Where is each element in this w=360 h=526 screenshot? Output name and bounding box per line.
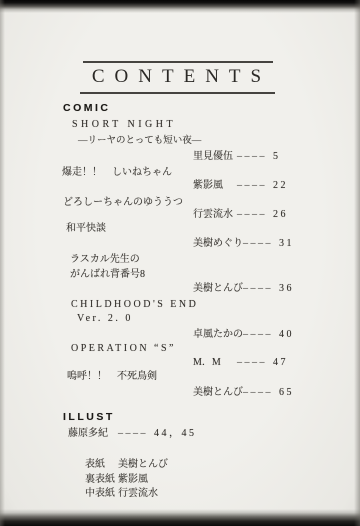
page-number: 26 (273, 210, 288, 220)
credit-cover: 表紙 美樹とんび (85, 460, 168, 470)
page-number: 44，45 (154, 429, 197, 439)
toc-author-row: 美樹めぐり –––– 31 (193, 239, 294, 249)
toc-author-row: 卓風たかの –––– 40 (193, 330, 294, 340)
author-name: 美樹めぐり (193, 239, 243, 249)
credit-label: 裏表紙 (85, 475, 118, 485)
dash-leader: –––– (237, 358, 267, 368)
dash-leader: –––– (243, 330, 273, 340)
credit-back-cover: 裏表紙 紫影風 (85, 475, 148, 485)
dash-leader: –––– (237, 152, 267, 162)
dash-leader: –––– (237, 181, 267, 191)
toc-author-row: 紫影風 –––– 22 (193, 181, 288, 191)
toc-title-dorothy: どろしーちゃんのゆううつ (63, 198, 183, 208)
dash-leader: –––– (243, 388, 273, 398)
author-name: 藤原多紀 (68, 429, 118, 439)
credit-label: 中表紙 (85, 489, 118, 499)
toc-title-bakusou: 爆走！！ しいねちゃん (62, 168, 172, 178)
dash-leader: –––– (243, 284, 273, 294)
author-name: 里見優伍 (193, 152, 237, 162)
author-name: 行雲流水 (193, 210, 237, 220)
page-number: 5 (273, 152, 281, 162)
page-number: 65 (279, 388, 294, 398)
credit-name: 行雲流水 (118, 489, 158, 499)
scanned-contents-page: CONTENTS COMIC SHORT NIGHT ―リーヤのとっても短い夜―… (0, 0, 360, 526)
page-number: 36 (279, 284, 294, 294)
author-name: 紫影風 (193, 181, 237, 191)
credit-name: 紫影風 (118, 475, 148, 485)
toc-title-fushichouken: 嗚呼！！ 不死鳥剣 (67, 372, 157, 382)
toc-author-row: M．M –––– 47 (193, 358, 288, 368)
author-name: M．M (193, 358, 237, 368)
comic-section-label: COMIC (63, 103, 111, 114)
author-name: 卓風たかの (193, 330, 243, 340)
scan-edge-bottom (0, 509, 360, 526)
header-rule-bottom (80, 92, 275, 94)
toc-title-waheikaidan: 和平快談 (66, 224, 106, 234)
contents-header: CONTENTS (80, 61, 275, 94)
toc-title-version: Ver. 2. 0 (77, 314, 133, 324)
page-title: CONTENTS (80, 63, 275, 92)
scan-edge-left (0, 0, 5, 526)
toc-title-operation-s: OPERATION “S” (71, 344, 176, 354)
dash-leader: –––– (118, 429, 148, 439)
credit-label: 表紙 (85, 460, 118, 470)
page-number: 31 (279, 239, 294, 249)
author-name: 美樹とんび (193, 388, 243, 398)
scan-edge-top (0, 0, 360, 13)
toc-title-childhoods-end: CHILDHOOD'S END (71, 300, 198, 310)
toc-subtitle-short-night: ―リーヤのとっても短い夜― (78, 137, 201, 147)
dash-leader: –––– (243, 239, 273, 249)
toc-title-rascal-line1: ラスカル先生の (70, 255, 140, 265)
page-number: 47 (273, 358, 288, 368)
toc-author-row: 里見優伍 –––– 5 (193, 152, 281, 162)
author-name: 美樹とんび (193, 284, 243, 294)
page-number: 22 (273, 181, 288, 191)
toc-title-short-night: SHORT NIGHT (72, 120, 176, 130)
toc-title-rascal-line2: がんばれ背番号8 (70, 270, 145, 280)
toc-author-row: 美樹とんび –––– 36 (193, 284, 294, 294)
toc-author-row: 行雲流水 –––– 26 (193, 210, 288, 220)
illust-author-row: 藤原多紀 –––– 44，45 (68, 429, 197, 439)
credit-name: 美樹とんび (118, 460, 168, 470)
toc-author-row: 美樹とんび –––– 65 (193, 388, 294, 398)
page-number: 40 (279, 330, 294, 340)
credit-inner-cover: 中表紙 行雲流水 (85, 489, 158, 499)
scan-edge-right (354, 0, 360, 526)
illust-section-label: ILLUST (63, 412, 115, 423)
dash-leader: –––– (237, 210, 267, 220)
